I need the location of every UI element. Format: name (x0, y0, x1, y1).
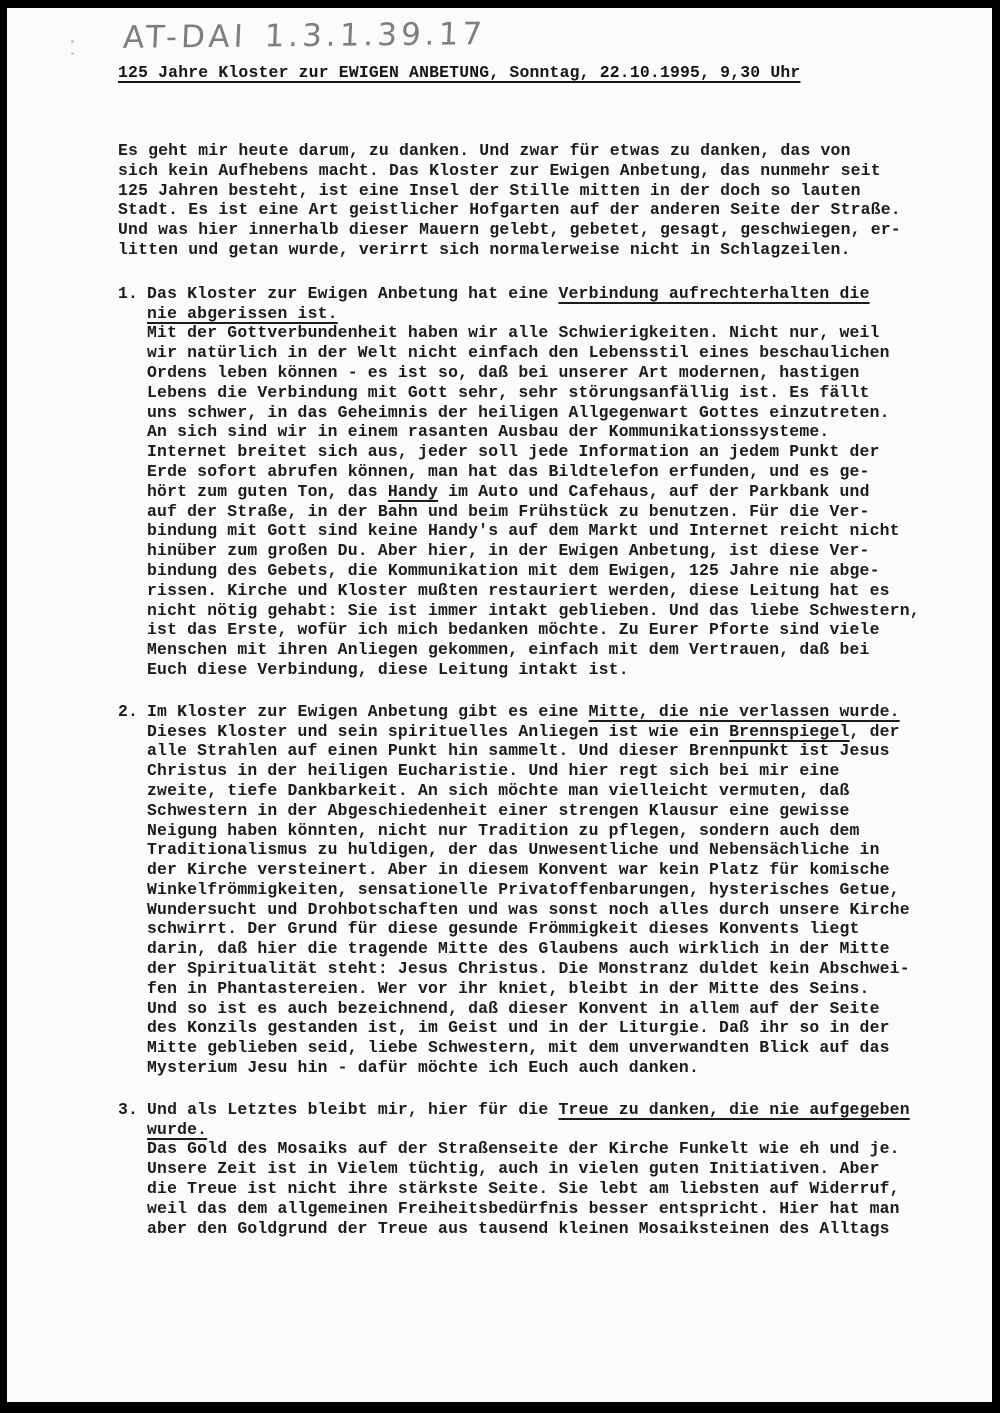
intro-paragraph: Es geht mir heute darum, zu danken. Und … (118, 141, 964, 260)
underlined-text-segment: Brennspiegel (729, 722, 849, 741)
text-segment: Das Gold des Mosaiks auf der Straßenseit… (147, 1139, 900, 1237)
underlined-text-segment: Mitte, die nie verlassen wurde. (589, 702, 900, 721)
underlined-text-segment: Handy (388, 482, 438, 501)
item-text: Und als Letztes bleibt mir, hier für die… (147, 1100, 964, 1239)
text-segment: Dieses Kloster und sein spirituelles Anl… (147, 722, 729, 741)
item-number: 3. (118, 1100, 138, 1120)
text-segment: Das Kloster zur Ewigen Anbetung hat eine (147, 284, 558, 303)
item-text: Das Kloster zur Ewigen Anbetung hat eine… (147, 284, 964, 680)
scan-background: { "colors": { "scan_border": "#000000", … (0, 0, 1000, 1413)
item-number: 2. (118, 702, 138, 722)
document-body: Es geht mir heute darum, zu danken. Und … (118, 141, 964, 1260)
margin-scan-artifact (71, 40, 74, 43)
text-segment: im Auto und Cafehaus, auf der Parkbank u… (147, 482, 920, 679)
item-number: 1. (118, 284, 138, 304)
handwritten-archive-signature: AT-DAI 1.3.1.39.17 (122, 16, 487, 56)
scanned-page: AT-DAI 1.3.1.39.17 125 Jahre Kloster zur… (7, 8, 992, 1402)
numbered-item-2: 2. Im Kloster zur Ewigen Anbetung gibt e… (118, 702, 964, 1078)
text-segment: Und als Letztes bleibt mir, hier für die (147, 1100, 558, 1119)
numbered-item-3: 3. Und als Letztes bleibt mir, hier für … (118, 1100, 964, 1239)
text-segment: Im Kloster zur Ewigen Anbetung gibt es e… (147, 702, 589, 721)
document-title: 125 Jahre Kloster zur EWIGEN ANBETUNG, S… (118, 63, 800, 83)
text-segment: , der alle Strahlen auf einen Punkt hin … (147, 722, 910, 1078)
text-segment: Mit der Gottverbundenheit haben wir alle… (147, 323, 890, 500)
item-text: Im Kloster zur Ewigen Anbetung gibt es e… (147, 702, 964, 1078)
numbered-item-1: 1. Das Kloster zur Ewigen Anbetung hat e… (118, 284, 964, 680)
